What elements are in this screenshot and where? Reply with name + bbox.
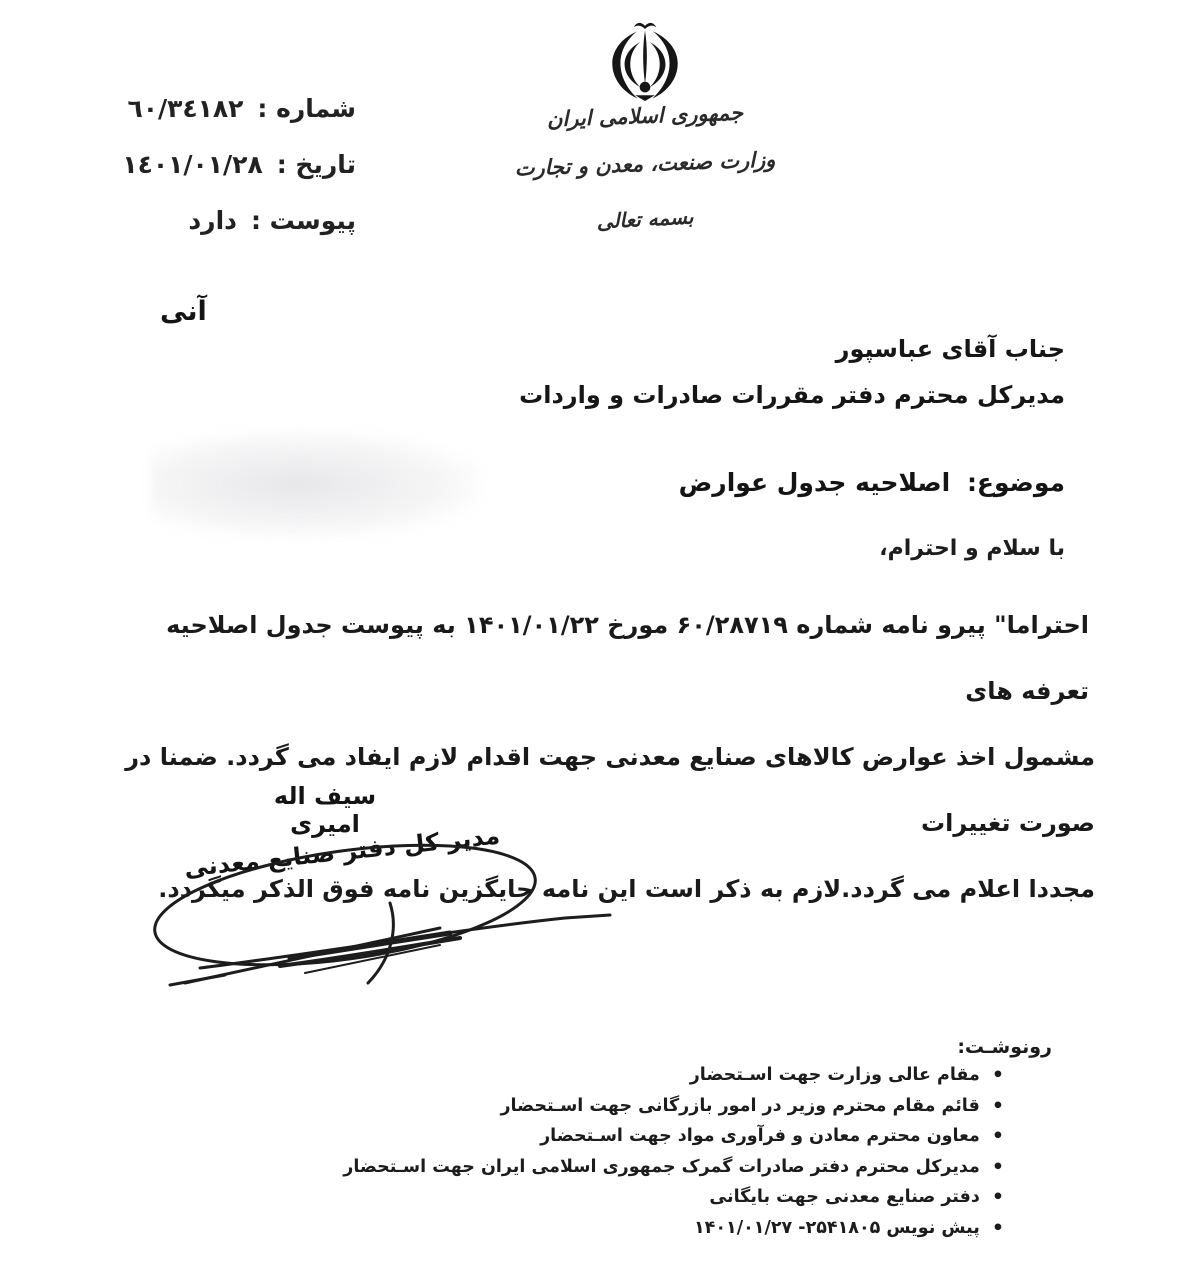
recipient-block: جناب آقای عباسپور مدیرکل محترم دفتر مقرر…: [519, 326, 1065, 418]
cc-item: • مدیرکل محترم دفتر صادرات گمرک جمهوری ا…: [343, 1152, 1004, 1183]
cc-item-text: مقام عالی وزارت جهت اسـتحضار: [690, 1060, 980, 1091]
signer-name: سیف اله امیری: [235, 782, 415, 838]
cc-item: • دفتر صنایع معدنی جهت بایگانی: [343, 1182, 1004, 1213]
cc-label: رونوشـت:: [957, 1036, 1052, 1058]
cc-list: • مقام عالی وزارت جهت اسـتحضار • قائم مق…: [343, 1060, 1004, 1243]
letter-date-value: ١٤٠١/٠١/٢٨: [122, 150, 262, 179]
letter-date-line: تاریخ : ١٤٠١/٠١/٢٨: [96, 136, 356, 192]
greeting-line: با سلام و احترام،: [879, 536, 1065, 561]
cc-item-text: پیش نویس ۲۵۴۱۸۰۵- ۱۴۰۱/۰۱/۲۷: [694, 1213, 980, 1244]
cc-item: • قائم مقام محترم وزیر در امور بازرگانی …: [343, 1091, 1004, 1122]
letterhead-country: جمهوری اسلامی ایران: [470, 98, 821, 134]
bullet-icon: •: [992, 1213, 1004, 1244]
bullet-icon: •: [992, 1060, 1004, 1091]
bullet-icon: •: [992, 1121, 1004, 1152]
iran-emblem-icon: [602, 20, 688, 110]
cc-item-text: معاون محترم معادن و فرآوری مواد جهت اسـت…: [540, 1121, 980, 1152]
cc-item: • پیش نویس ۲۵۴۱۸۰۵- ۱۴۰۱/۰۱/۲۷: [343, 1213, 1004, 1244]
faded-stamp-mark: [150, 432, 480, 537]
letter-number-label: شماره :: [257, 94, 356, 123]
letter-number-line: شماره : ٦٠/٣٤١٨٢: [96, 80, 356, 136]
letterhead-besmellah: بسمه تعالی: [470, 198, 821, 240]
cc-item-text: قائم مقام محترم وزیر در امور بازرگانی جه…: [500, 1091, 979, 1122]
bullet-icon: •: [992, 1091, 1004, 1122]
bullet-icon: •: [992, 1152, 1004, 1183]
body-line-1: احتراما" پیرو نامه شماره ۶۰/۲۸۷۱۹ مورخ ۱…: [120, 592, 1095, 724]
handwritten-signature: [140, 833, 670, 1003]
cc-item: • معاون محترم معادن و فرآوری مواد جهت اس…: [343, 1121, 1004, 1152]
cc-item-text: مدیرکل محترم دفتر صادرات گمرک جمهوری اسل…: [343, 1152, 980, 1183]
priority-flag: آنی: [160, 296, 207, 327]
subject-line: موضوع: اصلاحیه جدول عوارض: [679, 468, 1065, 497]
recipient-name: جناب آقای عباسپور: [519, 326, 1065, 372]
letterhead-ministry: وزارت صنعت، معدن و تجارت: [470, 146, 821, 182]
letter-attachment-value: دارد: [188, 206, 237, 235]
letter-attachment-label: پیوست :: [251, 206, 356, 235]
scanned-letter-page: شماره : ٦٠/٣٤١٨٢ تاریخ : ١٤٠١/٠١/٢٨ پیوس…: [0, 0, 1200, 1286]
letter-number-value: ٦٠/٣٤١٨٢: [127, 94, 243, 123]
letter-meta-block: شماره : ٦٠/٣٤١٨٢ تاریخ : ١٤٠١/٠١/٢٨ پیوس…: [96, 80, 356, 248]
letter-attachment-line: پیوست : دارد: [96, 192, 356, 248]
letter-date-label: تاریخ :: [277, 150, 356, 179]
subject-label: موضوع:: [967, 468, 1065, 497]
cc-item-text: دفتر صنایع معدنی جهت بایگانی: [709, 1182, 980, 1213]
cc-item: • مقام عالی وزارت جهت اسـتحضار: [343, 1060, 1004, 1091]
subject-text: اصلاحیه جدول عوارض: [679, 468, 951, 497]
bullet-icon: •: [992, 1182, 1004, 1213]
recipient-title: مدیرکل محترم دفتر مقررات صادرات و واردات: [519, 372, 1065, 418]
